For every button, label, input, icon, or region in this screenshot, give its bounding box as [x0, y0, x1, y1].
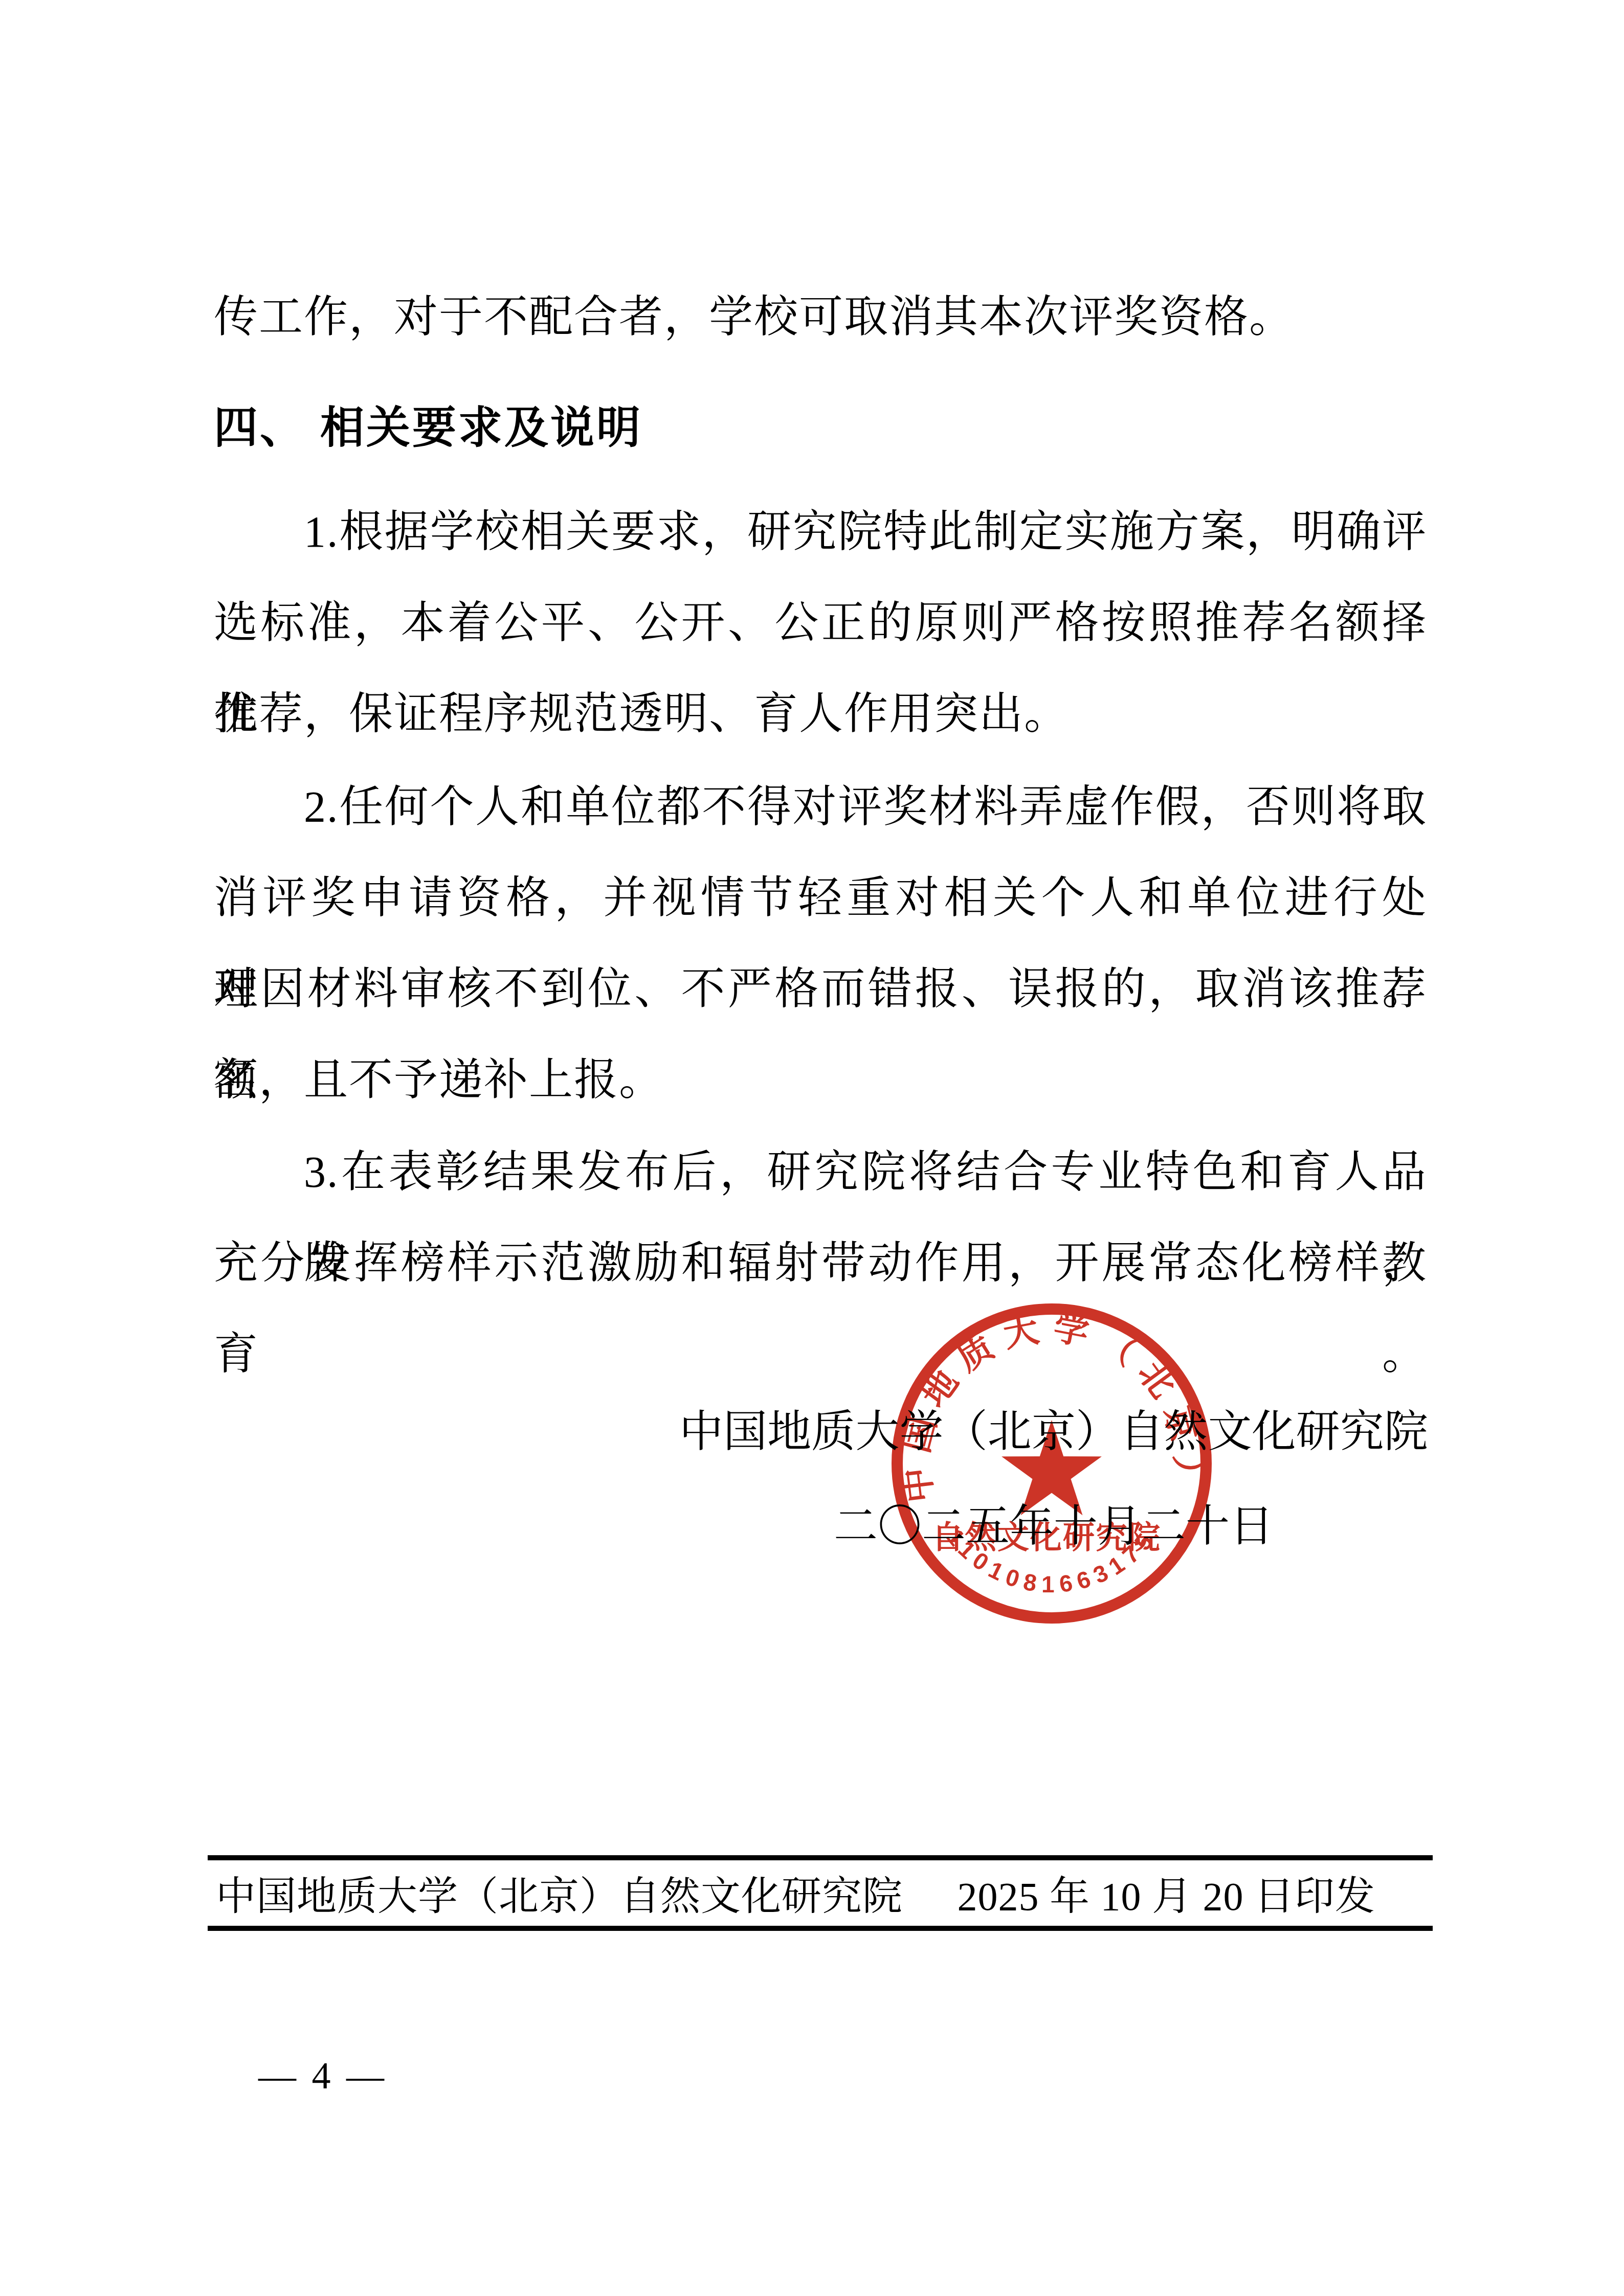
paragraph2-line4: 额，且不予递补上报。 [214, 1034, 1427, 1126]
paragraph2-line3: 对因材料审核不到位、不严格而错报、误报的，取消该推荐名 [214, 943, 1427, 1034]
paragraph2-line1: 2.任何个人和单位都不得对评奖材料弄虚作假，否则将取 [214, 761, 1427, 852]
colophon-row: 中国地质大学（北京）自然文化研究院 2025 年 10 月 20 日印发 [208, 1861, 1433, 1925]
seal-star-icon [1002, 1420, 1102, 1515]
paragraph3-line2: 充分发挥榜样示范激励和辐射带动作用，开展常态化榜样教育。 [214, 1218, 1427, 1309]
paragraph1-line2: 选标准，本着公平、公开、公正的原则严格按照推荐名额择优 [214, 577, 1427, 668]
colophon-rule-top [208, 1855, 1433, 1860]
paragraph1-line1: 1.根据学校相关要求，研究院特此制定实施方案，明确评 [214, 486, 1427, 577]
body-line-continuation: 传工作，对于不配合者，学校可取消其本次评奖资格。 [214, 272, 1427, 363]
page-number: — 4 — [258, 2034, 387, 2119]
paragraph1-line3: 推荐，保证程序规范透明、育人作用突出。 [214, 668, 1427, 759]
paragraph3-line1: 3.在表彰结果发布后，研究院将结合专业特色和育人品牌， [214, 1127, 1427, 1218]
document-page: 传工作，对于不配合者，学校可取消其本次评奖资格。 四、 相关要求及说明 1.根据… [0, 0, 1624, 2296]
paragraph2-line2: 消评奖申请资格，并视情节轻重对相关个人和单位进行处理。 [214, 852, 1427, 943]
colophon-rule-bottom [208, 1926, 1433, 1931]
colophon-issuer: 中国地质大学（北京）自然文化研究院 [216, 1864, 903, 1922]
colophon-print-date: 2025 年 10 月 20 日印发 [957, 1864, 1375, 1922]
section-heading: 四、 相关要求及说明 [214, 382, 1427, 474]
official-seal: 中国地质大学（北京） 自然文化研究院 1101081663175 [888, 1300, 1215, 1627]
